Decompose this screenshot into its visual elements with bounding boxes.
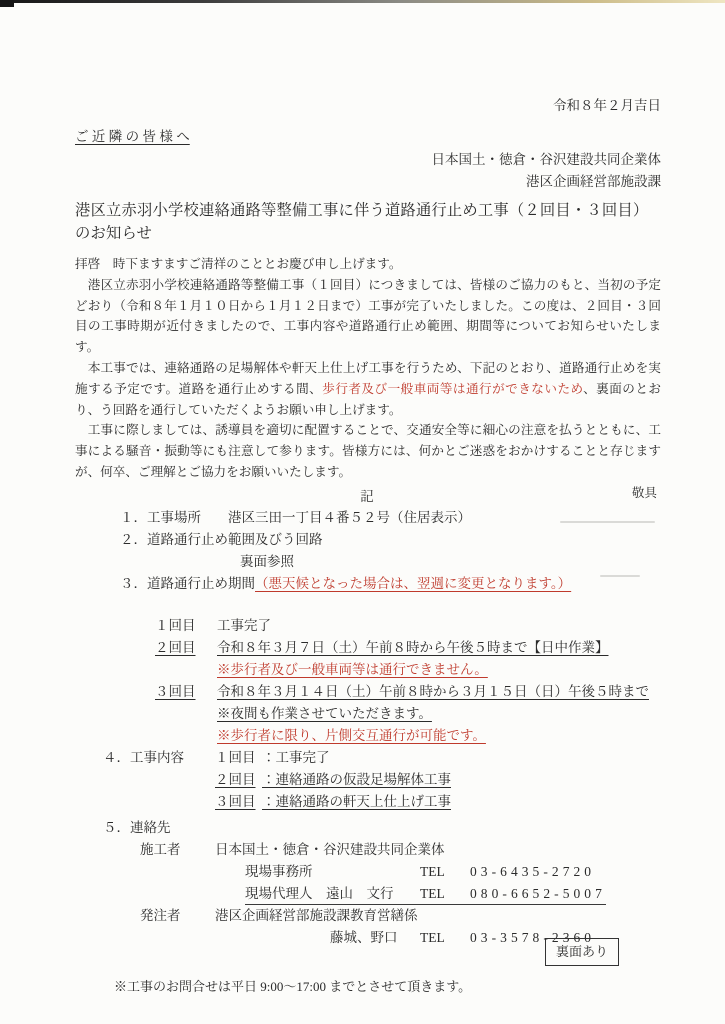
work-content-heading: ４．工事内容 — [103, 748, 215, 767]
paragraph-consideration: 工事に際しましては、誘導員を適切に配置することで、交通安全等に細心の注意を払うと… — [75, 420, 661, 482]
item2-number: ２． — [120, 532, 147, 547]
site-office-label: 現場事務所 — [245, 862, 420, 881]
site-office-tel-number: 03-6435-2720 — [470, 864, 595, 879]
recipient-line: ご 近 隣 の 皆 様 へ — [75, 127, 661, 146]
work-content-row3: ３回目：連絡通路の軒天上仕上げ工事 — [215, 792, 661, 811]
paragraph-greeting: 拝啓 時下ますますご清祥のこととお慶び申し上げます。 — [75, 254, 661, 275]
scan-artifact-top-edge — [0, 0, 725, 3]
contractor-name: 日本国土・徳倉・谷沢建設共同企業体 — [215, 842, 445, 857]
schedule-round2-note: ※歩行者及び一般車両等は通行できません。 — [217, 660, 661, 679]
date-line: 令和８年２月吉日 — [75, 96, 661, 115]
item1-number: １． — [120, 510, 147, 525]
schedule-round1: １回目工事完了 — [155, 616, 661, 635]
item-work-place: １．工事場所港区三田一丁目４番５２号（住居表示） — [120, 508, 661, 527]
letter-body: 拝啓 時下ますますご清祥のこととお慶び申し上げます。 港区立赤羽小学校連絡通路等… — [75, 254, 661, 504]
client-name: 港区企画経営部施設課教育営繕係 — [215, 908, 418, 923]
record-heading: 記 — [75, 487, 661, 506]
document-title: 港区立赤羽小学校連絡通路等整備工事に伴う道路通行止め工事（２回目・３回目）のお知… — [75, 199, 661, 245]
schedule-round1-text: 工事完了 — [217, 618, 271, 633]
work-round2-text: ：連絡通路の仮設足場解体工事 — [262, 772, 451, 787]
schedule-round3: ３回目令和８年３月１４日（土）午前８時から３月１５日（日）午後５時まで — [155, 682, 661, 701]
inquiry-hours-note: ※工事のお問合せは平日 9:00～17:00 までとさせて頂きます。 — [114, 976, 471, 995]
site-agent-row: 現場代理人 遠山 文行TEL080-6652-5007 — [245, 884, 661, 905]
contractor-row: 施工者日本国土・徳倉・谷沢建設共同企業体 — [140, 840, 661, 859]
item2-label: 道路通行止め範囲及びう回路 — [147, 532, 323, 547]
sender-company: 日本国土・徳倉・谷沢建設共同企業体 — [75, 150, 661, 169]
site-agent-tel-label: TEL — [420, 884, 470, 903]
item-closure-range: ２．道路通行止め範囲及びう回路 — [120, 530, 661, 549]
client-label: 発注者 — [140, 906, 215, 925]
back-side-box: 裏面あり — [545, 938, 619, 966]
work-round2-label: ２回目 — [215, 770, 262, 789]
item3-weather-note: （悪天候となった場合は、翌週に変更となります。） — [255, 576, 571, 591]
schedule-round3-label: ３回目 — [155, 682, 217, 701]
schedule-round3-note-pedestrian: ※歩行者に限り、片側交互通行が可能です。 — [217, 726, 661, 745]
contractor-label: 施工者 — [140, 840, 215, 859]
schedule-round2: ２回目令和８年３月７日（土）午前８時から午後５時まで【日中作業】 — [155, 638, 661, 657]
work-round1-label: １回目 — [215, 748, 262, 767]
schedule-round3-note-night: ※夜間も作業させていただきます。 — [217, 704, 661, 723]
site-office-tel-label: TEL — [420, 862, 470, 881]
scanned-notice-page: 令和８年２月吉日 ご 近 隣 の 皆 様 へ 日本国土・徳倉・谷沢建設共同企業体… — [0, 0, 725, 1024]
paragraph-progress: 港区立赤羽小学校連絡通路等整備工事（１回目）につきましては、皆様のご協力のもと、… — [75, 275, 661, 358]
sender-department: 港区企画経営部施設課 — [75, 172, 661, 191]
item-closure-range-ref: 裏面参照 — [240, 552, 661, 571]
closure-text-red-warning: 歩行者及び一般車両等は通行ができないため — [322, 382, 583, 396]
client-person: 藤城、野口 — [330, 928, 420, 947]
site-agent-label: 現場代理人 遠山 文行 — [245, 884, 420, 903]
item1-label: 工事場所 — [147, 510, 201, 525]
item3-label: 道路通行止め期間 — [147, 576, 255, 591]
work-round3-label: ３回目 — [215, 792, 262, 811]
contacts-heading: ５．連絡先 — [103, 818, 661, 837]
work-content-row2: ２回目：連絡通路の仮設足場解体工事 — [215, 770, 661, 789]
site-agent-tel-number: 080-6652-5007 — [470, 886, 606, 901]
schedule-round2-text: 令和８年３月７日（土）午前８時から午後５時まで【日中作業】 — [217, 640, 609, 655]
scan-artifact-corner-mark — [0, 0, 14, 7]
site-office-row: 現場事務所TEL03-6435-2720 — [245, 862, 661, 881]
item-closure-period: ３．道路通行止め期間（悪天候となった場合は、翌週に変更となります。） — [120, 574, 661, 593]
item3-number: ３． — [120, 576, 147, 591]
item1-value: 港区三田一丁目４番５２号（住居表示） — [228, 510, 471, 525]
recipient-text: ご 近 隣 の 皆 様 へ — [75, 129, 190, 144]
work-round1-text: ：工事完了 — [262, 750, 330, 765]
work-content-row1: ４．工事内容１回目：工事完了 — [103, 748, 661, 767]
schedule-round2-label: ２回目 — [155, 638, 217, 657]
schedule-round1-label: １回目 — [155, 616, 217, 635]
schedule-round3-text: 令和８年３月１４日（土）午前８時から３月１５日（日）午後５時まで — [217, 684, 649, 699]
client-tel-label: TEL — [420, 928, 470, 947]
client-row: 発注者港区企画経営部施設課教育営繕係 — [140, 906, 661, 925]
paragraph-closure-notice: 本工事では、連絡通路の足場解体や軒天上仕上げ工事を行うため、下記のとおり、道路通… — [75, 358, 661, 420]
work-round3-text: ：連絡通路の軒天上仕上げ工事 — [262, 794, 451, 809]
